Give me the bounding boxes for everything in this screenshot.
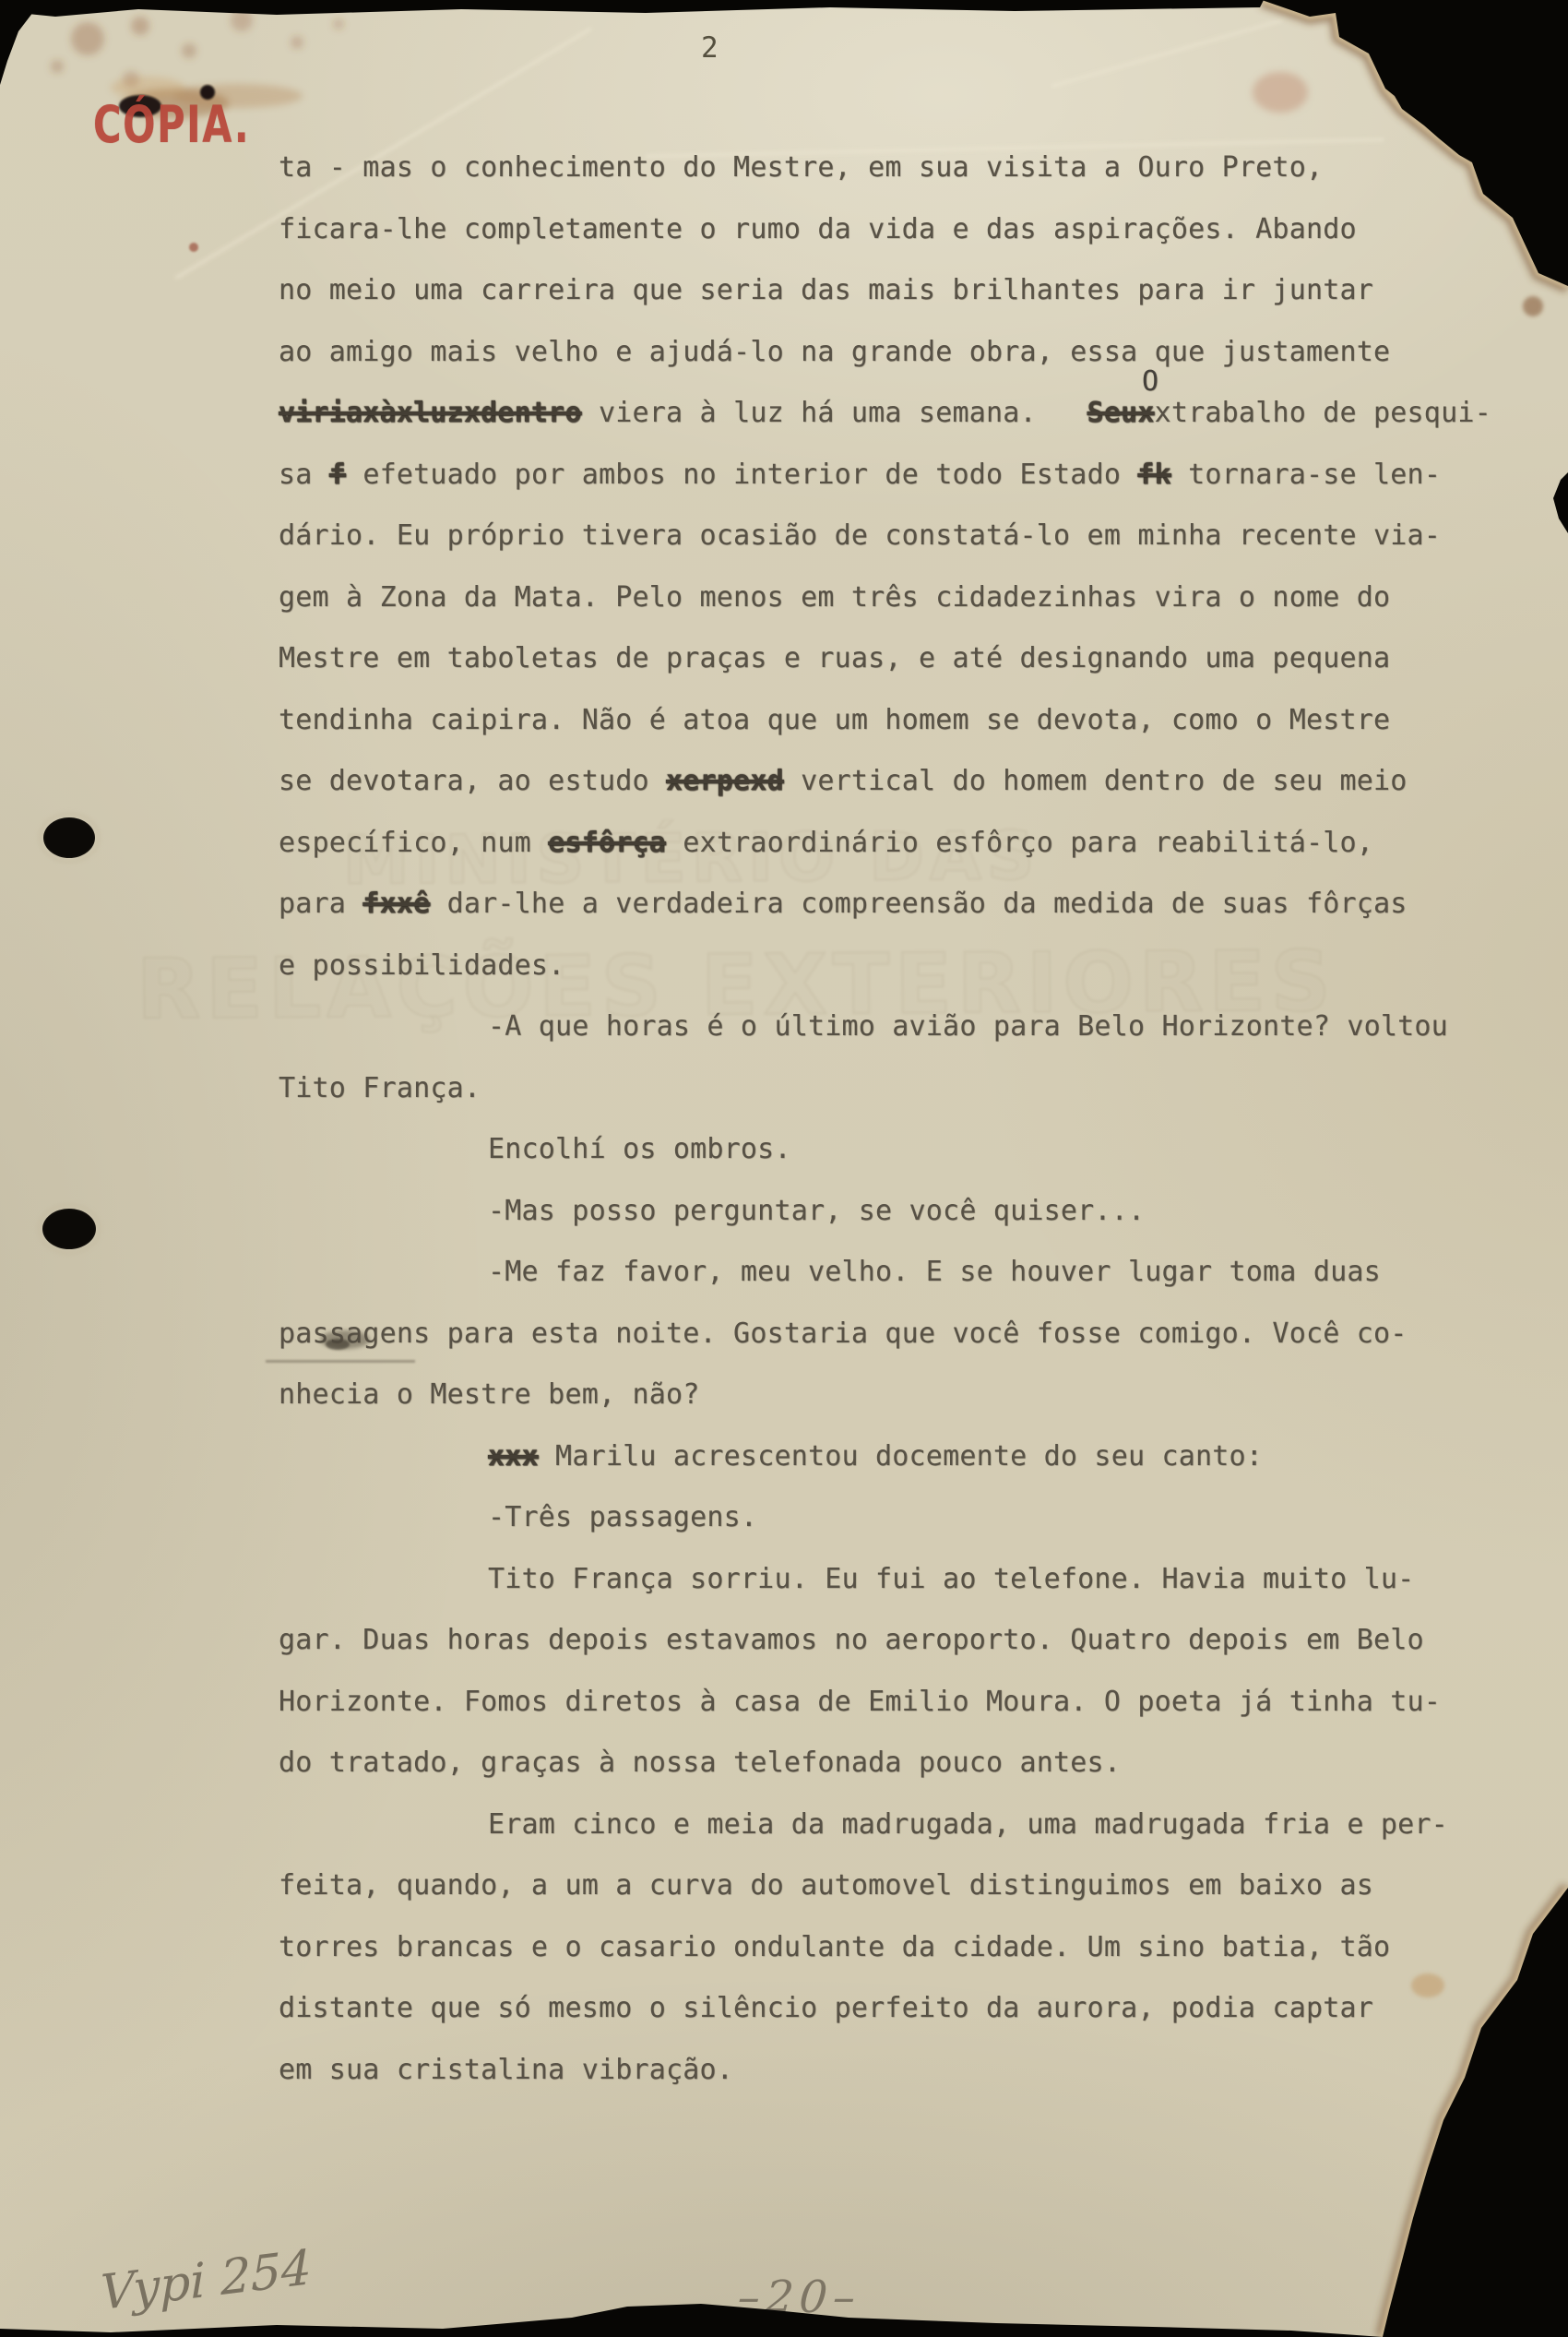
typed-line: Tito França sorriu. Eu fui ao telefone. … bbox=[488, 1563, 1414, 1595]
typed-line: ta - mas o conhecimento do Mestre, em su… bbox=[279, 151, 1323, 184]
typed-line: nhecia o Mestre bem, não? bbox=[279, 1378, 700, 1411]
typed-line: gar. Duas horas depois estavamos no aero… bbox=[279, 1624, 1424, 1656]
typed-text: dar-lhe a verdadeira compreensão da medi… bbox=[430, 888, 1407, 920]
typed-text: Horizonte. Fomos diretos à casa de Emili… bbox=[279, 1686, 1441, 1718]
typed-line: se devotara, ao estudo xerpexd vertical … bbox=[279, 765, 1408, 797]
typed-line: ficara-lhe completamente o rumo da vida … bbox=[279, 213, 1357, 245]
strikethrough-text: viriaxàxluzxdentro bbox=[279, 397, 582, 429]
typed-line: Horizonte. Fomos diretos à casa de Emili… bbox=[279, 1686, 1441, 1718]
typed-line: específico, num esfôrça extraordinário e… bbox=[279, 827, 1373, 859]
typed-text: no meio uma carreira que seria das mais … bbox=[279, 274, 1373, 306]
typed-text: xtrabalho de pesqui- bbox=[1155, 397, 1491, 429]
typed-text: dário. Eu próprio tivera ocasião de cons… bbox=[279, 519, 1441, 552]
typed-line: e possibilidades. bbox=[279, 949, 564, 982]
strikethrough-text: fk bbox=[1137, 459, 1171, 491]
typed-text: Marilu acrescentou docemente do seu cant… bbox=[539, 1440, 1263, 1473]
typed-line: feita, quando, a um a curva do automovel… bbox=[279, 1869, 1373, 1902]
typed-line: gem à Zona da Mata. Pelo menos em três c… bbox=[279, 581, 1390, 614]
typed-line: no meio uma carreira que seria das mais … bbox=[279, 274, 1373, 306]
typed-line: xxx Marilu acrescentou docemente do seu … bbox=[488, 1440, 1263, 1473]
typed-text: ta - mas o conhecimento do Mestre, em su… bbox=[279, 151, 1323, 184]
typed-text: ficara-lhe completamente o rumo da vida … bbox=[279, 213, 1357, 245]
strikethrough-text: xerpexd bbox=[666, 765, 784, 797]
typed-text: vertical do homem dentro de seu meio bbox=[784, 765, 1408, 797]
typed-text: passagens para esta noite. Gostaria que … bbox=[279, 1318, 1408, 1350]
typed-line: -Mas posso perguntar, se você quiser... bbox=[488, 1195, 1145, 1227]
typed-line: viriaxàxluzxdentro viera à luz há uma se… bbox=[279, 397, 1491, 429]
typed-text: Tito França sorriu. Eu fui ao telefone. … bbox=[488, 1563, 1414, 1595]
typed-text: em sua cristalina vibração. bbox=[279, 2054, 733, 2086]
typed-line: torres brancas e o casario ondulante da … bbox=[279, 1931, 1390, 1963]
typed-text: Encolhí os ombros. bbox=[488, 1133, 791, 1165]
strikethrough-text: esfôrça bbox=[548, 827, 666, 859]
typed-line: sa f efetuado por ambos no interior de t… bbox=[279, 459, 1441, 491]
typed-text: torres brancas e o casario ondulante da … bbox=[279, 1931, 1390, 1963]
typed-text: específico, num bbox=[279, 827, 548, 859]
typed-text: feita, quando, a um a curva do automovel… bbox=[279, 1869, 1373, 1902]
typed-text: sa bbox=[279, 459, 329, 491]
typed-line: passagens para esta noite. Gostaria que … bbox=[279, 1318, 1408, 1350]
typed-text: -Três passagens. bbox=[488, 1501, 757, 1533]
handwritten-page-number: –20– bbox=[736, 2271, 862, 2323]
typed-text: viera à luz há uma semana. bbox=[582, 397, 1087, 429]
typed-line: Encolhí os ombros. bbox=[488, 1133, 791, 1165]
typed-text: -Me faz favor, meu velho. E se houver lu… bbox=[488, 1256, 1381, 1288]
typed-line: do tratado, graças à nossa telefonada po… bbox=[279, 1747, 1121, 1779]
typed-correction-letter: O bbox=[1142, 365, 1158, 398]
typed-line: distante que só mesmo o silêncio perfeit… bbox=[279, 1992, 1373, 2024]
strikethrough-text: xxx bbox=[488, 1440, 539, 1473]
typed-line: -A que horas é o último avião para Belo … bbox=[488, 1010, 1448, 1043]
typed-line: tendinha caipira. Não é atoa que um home… bbox=[279, 704, 1390, 736]
typed-text: do tratado, graças à nossa telefonada po… bbox=[279, 1747, 1121, 1779]
typed-text: extraordinário esfôrço para reabilitá-lo… bbox=[666, 827, 1373, 859]
typed-line: Eram cinco e meia da madrugada, uma madr… bbox=[488, 1808, 1448, 1841]
typed-text: ao amigo mais velho e ajudá-lo na grande… bbox=[279, 336, 1390, 368]
typed-line: dário. Eu próprio tivera ocasião de cons… bbox=[279, 519, 1441, 552]
typed-text: Mestre em taboletas de praças e ruas, e … bbox=[279, 642, 1390, 674]
typed-text: -Mas posso perguntar, se você quiser... bbox=[488, 1195, 1145, 1227]
typed-text: e possibilidades. bbox=[279, 949, 564, 982]
typed-text: -A que horas é o último avião para Belo … bbox=[488, 1010, 1448, 1043]
typed-line: -Três passagens. bbox=[488, 1501, 757, 1533]
typed-line: -Me faz favor, meu velho. E se houver lu… bbox=[488, 1256, 1381, 1288]
typed-text: para bbox=[279, 888, 362, 920]
typed-line: ao amigo mais velho e ajudá-lo na grande… bbox=[279, 336, 1390, 368]
typed-line: para fxxê dar-lhe a verdadeira compreens… bbox=[279, 888, 1408, 920]
typed-text: efetuado por ambos no interior de todo E… bbox=[346, 459, 1137, 491]
typed-text-block: ta - mas o conhecimento do Mestre, em su… bbox=[0, 0, 1568, 2337]
typed-line: Mestre em taboletas de praças e ruas, e … bbox=[279, 642, 1390, 674]
typed-text: gem à Zona da Mata. Pelo menos em três c… bbox=[279, 581, 1390, 614]
typed-text: gar. Duas horas depois estavamos no aero… bbox=[279, 1624, 1424, 1656]
strikethrough-text: f bbox=[329, 459, 346, 491]
typed-text: Eram cinco e meia da madrugada, uma madr… bbox=[488, 1808, 1448, 1841]
typed-text: nhecia o Mestre bem, não? bbox=[279, 1378, 700, 1411]
typed-text: distante que só mesmo o silêncio perfeit… bbox=[279, 1992, 1373, 2024]
typed-text: tornara-se len- bbox=[1171, 459, 1441, 491]
scanned-document-page: MINISTÉRIO DAS RELAÇÕES EXTERIORES 2 CÓP… bbox=[0, 0, 1568, 2337]
typed-line: em sua cristalina vibração. bbox=[279, 2054, 733, 2086]
typed-text: se devotara, ao estudo bbox=[279, 765, 666, 797]
strikethrough-text: Seux bbox=[1087, 397, 1155, 429]
typed-text: tendinha caipira. Não é atoa que um home… bbox=[279, 704, 1390, 736]
typed-text: Tito França. bbox=[279, 1072, 481, 1104]
strikethrough-text: fxxê bbox=[362, 888, 430, 920]
typed-line: Tito França. bbox=[279, 1072, 481, 1104]
